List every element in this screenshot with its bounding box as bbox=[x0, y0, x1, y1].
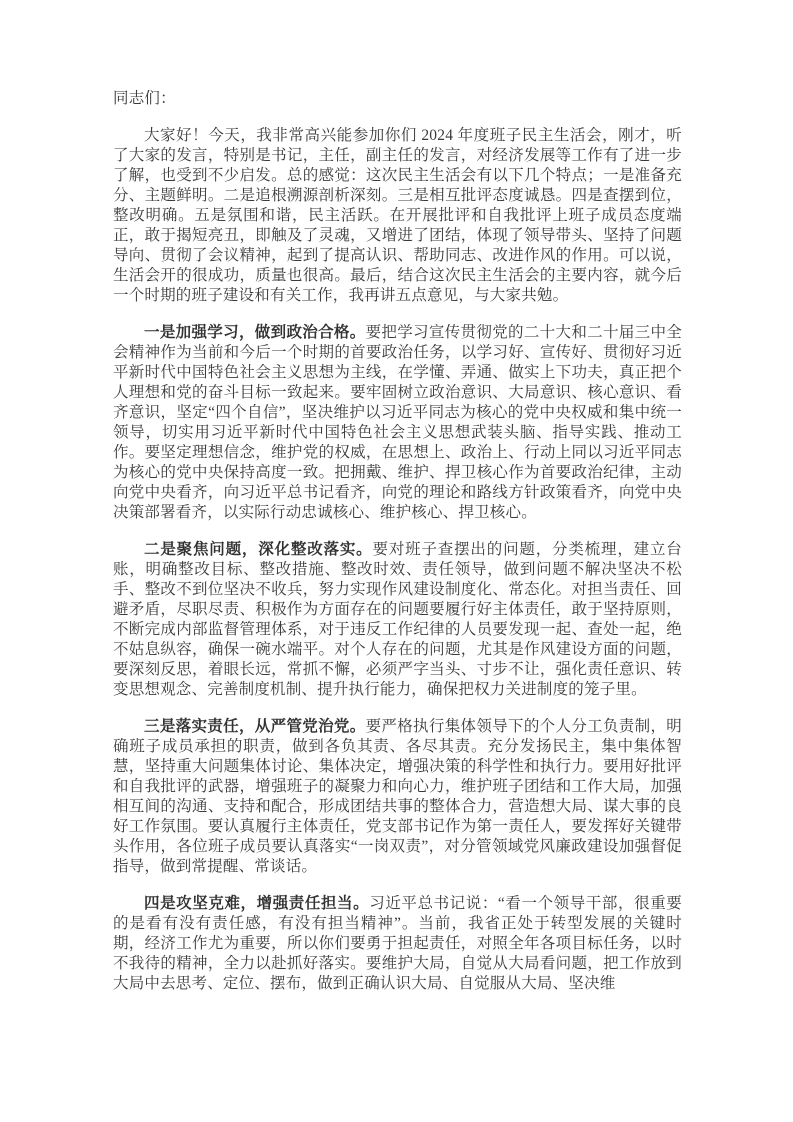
salutation: 同志们： bbox=[113, 89, 682, 109]
paragraph-intro: 大家好！今天，我非常高兴能参加你们 2024 年度班子民主生活会，刚才，听了大家… bbox=[113, 126, 682, 306]
document-body: 同志们： 大家好！今天，我非常高兴能参加你们 2024 年度班子民主生活会，刚才… bbox=[113, 89, 682, 994]
paragraph-heading: 一是加强学习，做到政治合格。 bbox=[144, 324, 366, 341]
document-page: 同志们： 大家好！今天，我非常高兴能参加你们 2024 年度班子民主生活会，刚才… bbox=[0, 0, 793, 1122]
paragraph-point-1: 一是加强学习，做到政治合格。要把学习宣传贯彻党的二十大和二十届三中全会精神作为当… bbox=[113, 323, 682, 523]
paragraph-heading: 四是攻坚克难，增强责任担当。 bbox=[144, 895, 369, 912]
paragraph-point-3: 三是落实责任，从严管党治党。要严格执行集体领导下的个人分工负责制，明确班子成员承… bbox=[113, 717, 682, 877]
paragraph-body: 要严格执行集体领导下的个人分工负责制，明确班子成员承担的职责，做到各负其责、各尽… bbox=[113, 718, 682, 875]
paragraph-point-2: 二是聚焦问题，深化整改落实。要对班子查摆出的问题，分类梳理，建立台账，明确整改目… bbox=[113, 540, 682, 700]
paragraph-body: 要把学习宣传贯彻党的二十大和二十届三中全会精神作为当前和今后一个时期的首要政治任… bbox=[113, 324, 682, 521]
paragraph-heading: 三是落实责任，从严管党治党。 bbox=[144, 718, 366, 735]
paragraph-heading: 二是聚焦问题，深化整改落实。 bbox=[144, 541, 373, 558]
salutation-text: 同志们： bbox=[113, 90, 176, 107]
paragraph-body: 大家好！今天，我非常高兴能参加你们 2024 年度班子民主生活会，刚才，听了大家… bbox=[113, 127, 682, 304]
paragraph-body: 要对班子查摆出的问题，分类梳理，建立台账，明确整改目标、整改措施、整改时效、责任… bbox=[113, 541, 682, 698]
paragraph-point-4: 四是攻坚克难，增强责任担当。习近平总书记说：“看一个领导干部，很重要的是看有没有… bbox=[113, 894, 682, 994]
